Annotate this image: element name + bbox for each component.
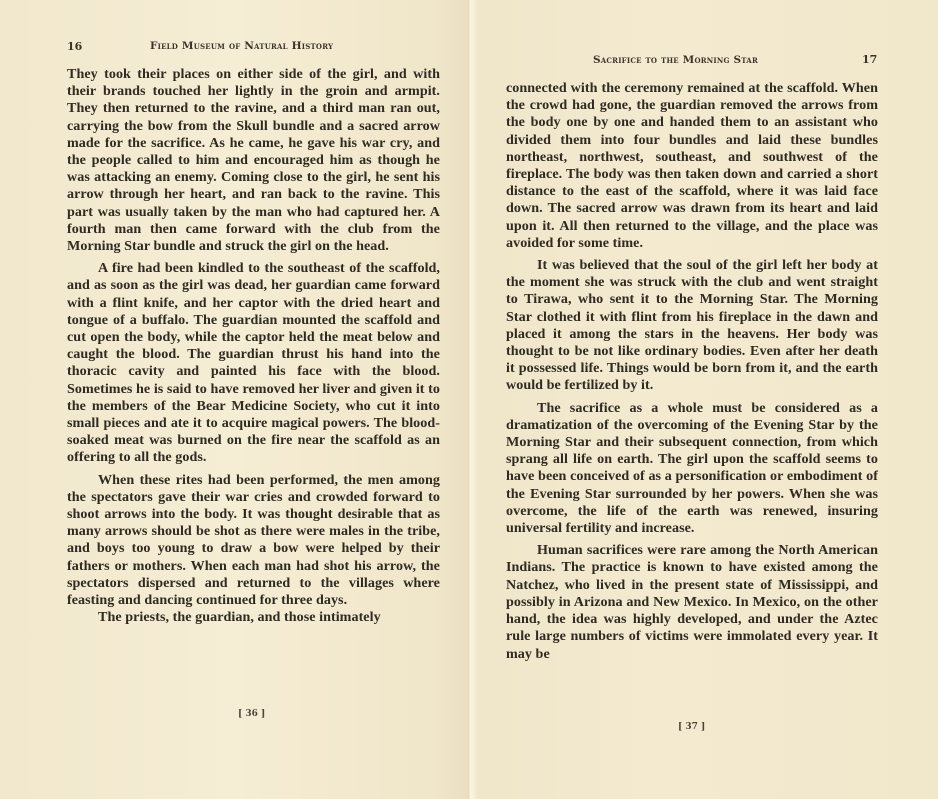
folio: [ 36 ] — [238, 709, 265, 719]
left-page-body: They took their places on either side of… — [67, 66, 440, 627]
book-spread: 16 Field Museum of Natural History They … — [0, 0, 938, 799]
paragraph: The priests, the guardian, and those int… — [67, 609, 440, 626]
paragraph: Human sacrifices were rare among the Nor… — [506, 542, 878, 662]
page-number: 17 — [862, 53, 877, 66]
page-number: 16 — [67, 40, 82, 53]
folio: [ 37 ] — [678, 722, 705, 732]
left-page: 16 Field Museum of Natural History They … — [0, 0, 470, 799]
right-page: Sacrifice to the Morning Star 17 connect… — [470, 0, 938, 799]
running-head: Sacrifice to the Morning Star — [593, 54, 758, 66]
paragraph: When these rites had been performed, the… — [67, 472, 440, 610]
paragraph: They took their places on either side of… — [67, 66, 440, 255]
paragraph: It was believed that the soul of the gir… — [506, 257, 878, 395]
paragraph: connected with the ceremony remained at … — [506, 80, 878, 252]
paragraph: The sacrifice as a whole must be conside… — [506, 400, 878, 538]
paragraph: A fire had been kindled to the southeast… — [67, 260, 440, 466]
right-page-body: connected with the ceremony remained at … — [506, 80, 878, 663]
running-head: Field Museum of Natural History — [150, 40, 333, 52]
